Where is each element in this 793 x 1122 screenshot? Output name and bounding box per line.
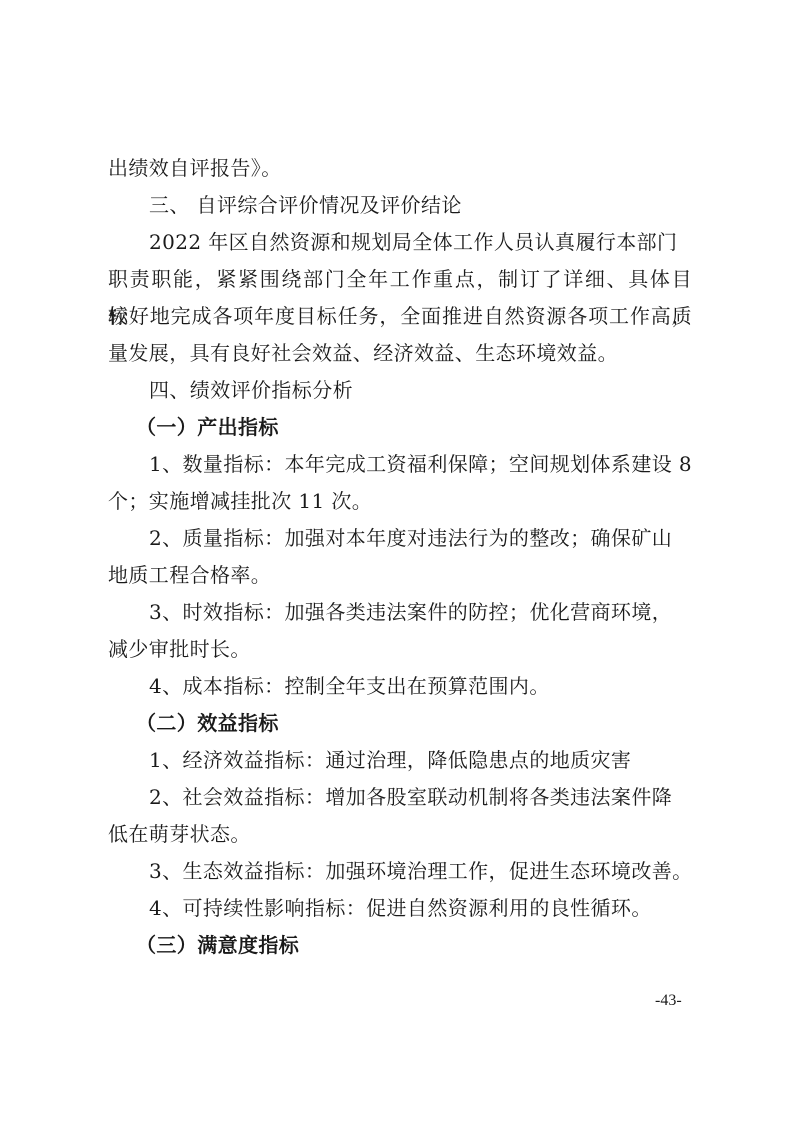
text-line: 量发展，具有良好社会效益、经济效益、生态环境效益。 (108, 335, 692, 372)
page-number: -43- (655, 992, 682, 1010)
subheading-benefit-indicators: （二）效益指标 (108, 705, 692, 742)
text-line: 2、社会效益指标：增加各股室联动机制将各类违法案件降 (108, 779, 692, 816)
section-heading-4: 四、绩效评价指标分析 (108, 372, 692, 409)
text-line: 减少审批时长。 (108, 631, 692, 668)
subheading-satisfaction-indicators: （三）满意度指标 (108, 927, 692, 964)
document-page: 出绩效自评报告》。 三、 自评综合评价情况及评价结论 2022 年区自然资源和规… (108, 150, 692, 964)
text-line: 1、数量指标：本年完成工资福利保障；空间规划体系建设 8 (108, 446, 692, 483)
text-line: 2022 年区自然资源和规划局全体工作人员认真履行本部门 (108, 224, 692, 261)
text-line: 出绩效自评报告》。 (108, 150, 692, 187)
text-line: 4、成本指标：控制全年支出在预算范围内。 (108, 668, 692, 705)
text-line: 低在萌芽状态。 (108, 816, 692, 853)
text-line: 地质工程合格率。 (108, 557, 692, 594)
text-line: 职责职能，紧紧围绕部门全年工作重点，制订了详细、具体目标， (108, 261, 692, 298)
subheading-output-indicators: （一）产出指标 (108, 409, 692, 446)
text-line: 较好地完成各项年度目标任务，全面推进自然资源各项工作高质 (108, 298, 692, 335)
text-line: 个；实施增减挂批次 11 次。 (108, 483, 692, 520)
text-line: 1、经济效益指标：通过治理，降低隐患点的地质灾害 (108, 742, 692, 779)
text-line: 4、可持续性影响指标：促进自然资源利用的良性循环。 (108, 890, 692, 927)
text-line: 2、质量指标：加强对本年度对违法行为的整改；确保矿山 (108, 520, 692, 557)
text-line: 3、生态效益指标：加强环境治理工作，促进生态环境改善。 (108, 853, 692, 890)
text-line: 3、时效指标：加强各类违法案件的防控；优化营商环境， (108, 594, 692, 631)
section-heading-3: 三、 自评综合评价情况及评价结论 (108, 187, 692, 224)
